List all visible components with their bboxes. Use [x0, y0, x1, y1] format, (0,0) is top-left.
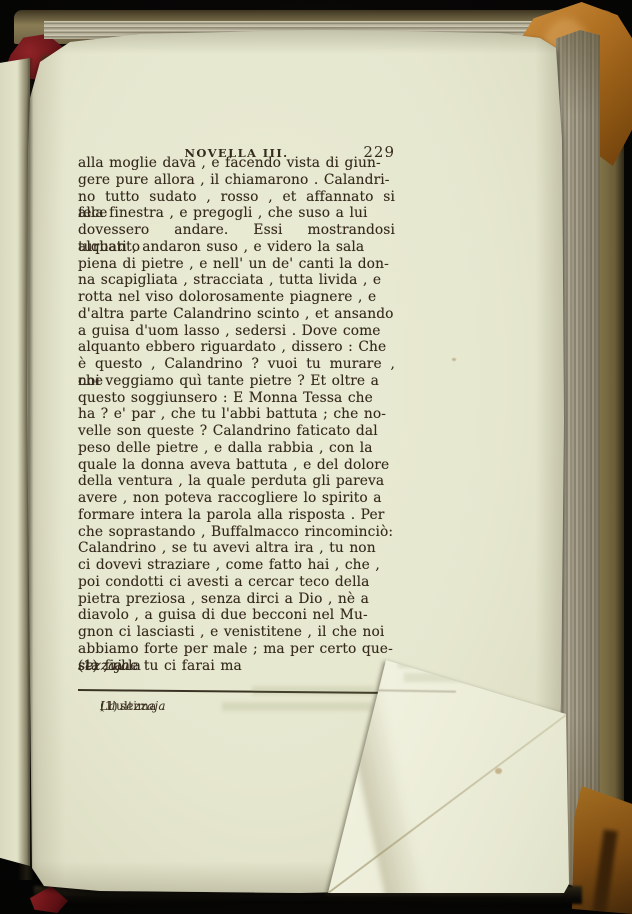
text-line: formare intera la parola alla risposta .… — [78, 507, 395, 524]
text-line: piena di pietre , e nell' un de' canti l… — [78, 256, 395, 273]
text-line: che soprastando , Buffalmacco rincominci… — [78, 524, 395, 541]
text-line: avere , non poteva raccogliere lo spirit… — [78, 490, 395, 507]
text-line: a guisa d'uom lasso , sedersi . Dove com… — [78, 323, 395, 340]
ink-show-through — [398, 658, 540, 668]
paper-speck — [452, 358, 456, 361]
text-line: alquanto ebbero riguardato , dissero : C… — [78, 339, 395, 356]
text-line: ha ? e' par , che tu l'abbi battuta ; ch… — [78, 406, 395, 423]
text-line: na scapigliata , stracciata , tutta livi… — [78, 272, 395, 289]
text-line: dovessero andare. Essi mostrandosi alqua… — [78, 222, 395, 239]
folded-page-corner — [320, 652, 580, 898]
text-line: alla finestra , e pregogli , che suso a … — [78, 205, 395, 222]
book-photo: NOVELLA III. 229 alla moglie dava , e fa… — [0, 0, 632, 914]
text-line: d'altra parte Calandrino scinto , et ans… — [78, 306, 395, 323]
fold-edge-shading — [335, 648, 445, 901]
text-line: pietra preziosa , senza dirci a Dio , nè… — [78, 591, 395, 608]
text-line: turbati , andaron suso , e videro la sal… — [78, 239, 395, 256]
text-line: diavolo , a guisa di due becconi nel Mu- — [78, 607, 395, 624]
text-line: della ventura , la quale perduta gli par… — [78, 473, 395, 490]
gutter-crease — [18, 58, 38, 880]
text-line: quale la donna aveva battuta , e del dol… — [78, 457, 395, 474]
text-line: alla moglie dava , e facendo vista di gi… — [78, 155, 395, 172]
text-line: questo soggiunsero : E Monna Tessa che — [78, 390, 395, 407]
text-line: gere pure allora , il chiamarono . Calan… — [78, 172, 395, 189]
text-line: poi condotti ci avesti a cercar teco del… — [78, 574, 395, 591]
text-line: no tutto sudato , rosso , et affannato s… — [78, 189, 395, 206]
text-line: gnon ci lasciasti , e venistitene , il c… — [78, 624, 395, 641]
fold-crease-line — [328, 714, 567, 893]
folded-corner-wrapper — [320, 652, 580, 898]
text-line: ci dovevi straziare , come fatto hai , c… — [78, 557, 395, 574]
paper-speck — [142, 548, 145, 551]
body-text: alla moglie dava , e facendo vista di gi… — [78, 155, 395, 674]
text-line: Calandrino , se tu avevi altra ira , tu … — [78, 540, 395, 557]
text-line: peso delle pietre , e dalla rabbia , con… — [78, 440, 395, 457]
text-line: rotta nel viso dolorosamente piagnere , … — [78, 289, 395, 306]
text-line: è questo , Calandrino ? vuoi tu murare ,… — [78, 356, 395, 373]
foxing-spot — [495, 768, 502, 774]
text-line: velle son queste ? Calandrino faticato d… — [78, 423, 395, 440]
ink-show-through — [404, 673, 522, 682]
text-line: noi veggiamo quì tante pietre ? Et oltre… — [78, 373, 395, 390]
